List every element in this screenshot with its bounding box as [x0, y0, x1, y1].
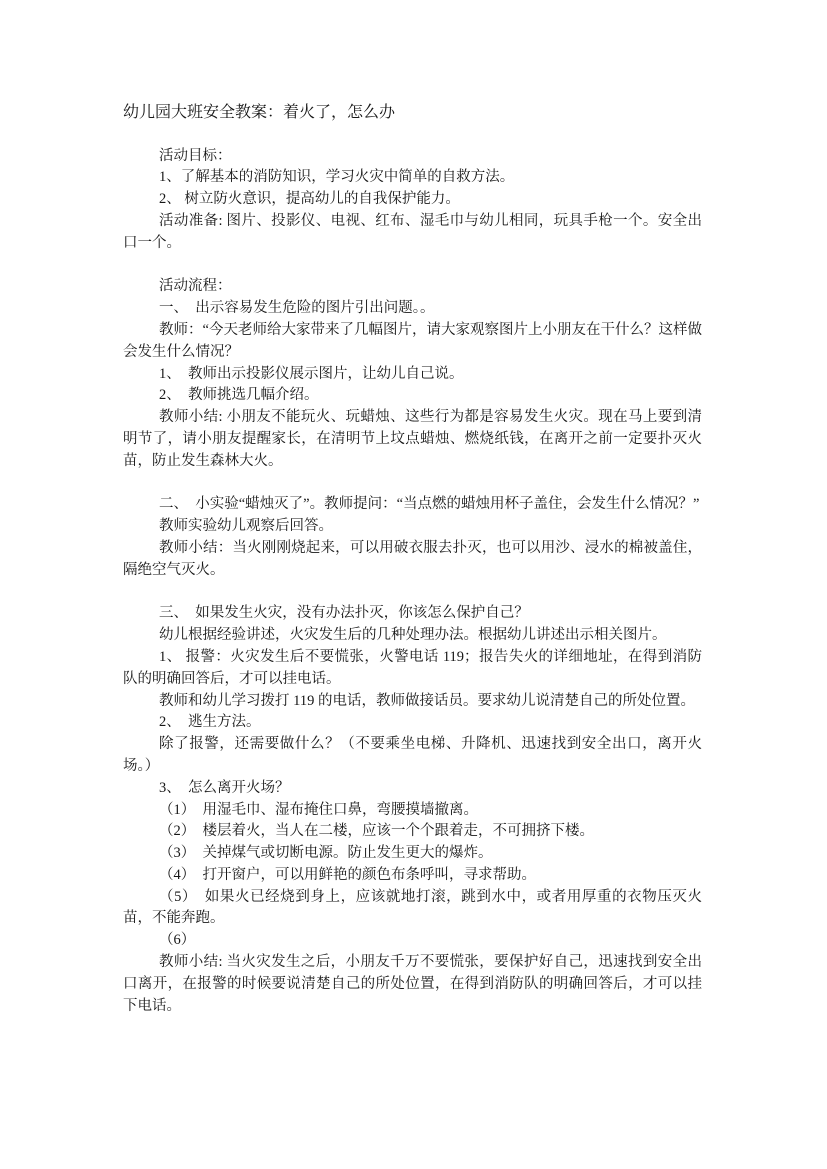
paragraph: 三、 如果发生火灾，没有办法扑灭，你该怎么保护自己？ — [123, 603, 702, 625]
paragraph: 3、 怎么离开火场？ — [123, 778, 702, 800]
paragraph: （5） 如果火已经烧到身上，应该就地打滚，跳到水中，或者用厚重的衣物压灭火苗，不… — [123, 887, 702, 931]
blank-line — [123, 255, 702, 277]
blank-line — [123, 124, 702, 146]
paragraph: （2） 楼层着火，当人在二楼，应该一个个跟着走，不可拥挤下楼。 — [123, 821, 702, 843]
paragraph: （6） — [123, 930, 702, 952]
paragraph: 活动准备: 图片、投影仪、电视、红布、湿毛巾与幼儿相同，玩具手枪一个。安全出口一… — [123, 211, 702, 255]
paragraph: 2、 逃生方法。 — [123, 712, 702, 734]
paragraph: 活动流程： — [123, 276, 702, 298]
paragraph: 除了报警，还需要做什么？（不要乘坐电梯、升降机、迅速找到安全出口，离开火场。） — [123, 734, 702, 778]
paragraph: 教师：“今天老师给大家带来了几幅图片，请大家观察图片上小朋友在干什么？这样做会发… — [123, 320, 702, 364]
paragraph: 教师和幼儿学习拨打 119 的电话，教师做接话员。要求幼儿说清楚自己的所处位置。 — [123, 691, 702, 713]
paragraph: 1、了解基本的消防知识，学习火灾中简单的自救方法。 — [123, 167, 702, 189]
paragraph: 2、 教师挑选几幅介绍。 — [123, 385, 702, 407]
document-page: 幼儿园大班安全教案：着火了，怎么办 活动目标：1、了解基本的消防知识，学习火灾中… — [0, 0, 827, 1169]
paragraph: （1） 用湿毛巾、湿布掩住口鼻，弯腰摸墙撤离。 — [123, 800, 702, 822]
paragraph: 教师实验幼儿观察后回答。 — [123, 516, 702, 538]
paragraph: （4） 打开窗户，可以用鲜艳的颜色布条呼叫，寻求帮助。 — [123, 865, 702, 887]
doc-body: 活动目标：1、了解基本的消防知识，学习火灾中简单的自救方法。2、 树立防火意识，… — [123, 124, 702, 1018]
paragraph: 一、 出示容易发生危险的图片引出问题。。 — [123, 298, 702, 320]
paragraph: 2、 树立防火意识，提高幼儿的自我保护能力。 — [123, 189, 702, 211]
doc-title: 幼儿园大班安全教案：着火了，怎么办 — [123, 102, 702, 124]
paragraph: 活动目标： — [123, 146, 702, 168]
paragraph: 二、 小实验“蜡烛灭了”。教师提问：“当点燃的蜡烛用杯子盖住，会发生什么情况？” — [123, 494, 702, 516]
blank-line — [123, 582, 702, 604]
paragraph: 教师小结: 当火灾发生之后，小朋友千万不要慌张，要保护好自己，迅速找到安全出口离… — [123, 952, 702, 1017]
paragraph: 教师小结: 小朋友不能玩火、玩蜡烛、这些行为都是容易发生火灾。现在马上要到清明节… — [123, 407, 702, 472]
blank-line — [123, 473, 702, 495]
paragraph: 幼儿根据经验讲述，火灾发生后的几种处理办法。根据幼儿讲述出示相关图片。 — [123, 625, 702, 647]
paragraph: 1、 教师出示投影仪展示图片，让幼儿自己说。 — [123, 364, 702, 386]
paragraph: 教师小结：当火刚刚烧起来，可以用破衣服去扑灭，也可以用沙、浸水的棉被盖住，隔绝空… — [123, 538, 702, 582]
paragraph: 1、 报警：火灾发生后不要慌张，火警电话 119；报告失火的详细地址，在得到消防… — [123, 647, 702, 691]
paragraph: （3） 关掉煤气或切断电源。防止发生更大的爆炸。 — [123, 843, 702, 865]
